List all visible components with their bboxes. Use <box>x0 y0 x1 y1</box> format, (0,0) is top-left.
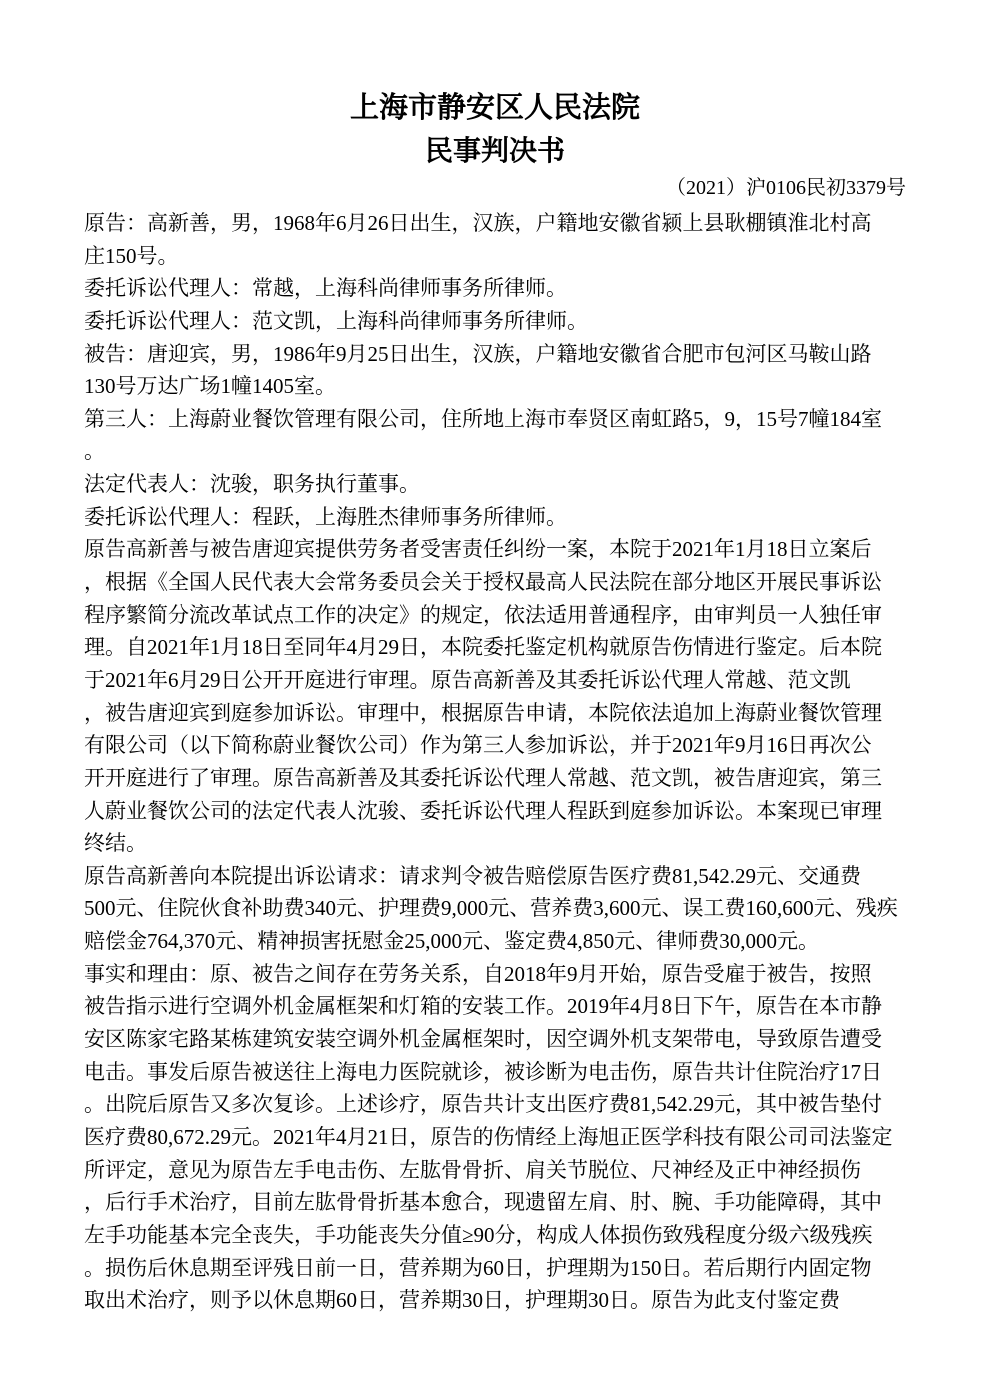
text-line: 赔偿金764,370元、精神损害抚慰金25,000元、鉴定费4,850元、律师费… <box>84 925 906 958</box>
text-line: 事实和理由：原、被告之间存在劳务关系，自2018年9月开始，原告受雇于被告，按照 <box>84 958 906 991</box>
text-line: 第三人：上海蔚业餐饮管理有限公司，住所地上海市奉贤区南虹路5，9，15号7幢18… <box>84 403 906 436</box>
document-body: 原告：高新善，男，1968年6月26日出生，汉族，户籍地安徽省颍上县耿棚镇淮北村… <box>84 207 906 1317</box>
text-line: 被告指示进行空调外机金属框架和灯箱的安装工作。2019年4月8日下午，原告在本市… <box>84 990 906 1023</box>
case-number: （2021）沪0106民初3379号 <box>84 178 906 199</box>
text-line: 于2021年6月29日公开开庭进行审理。原告高新善及其委托诉讼代理人常越、范文凯 <box>84 664 906 697</box>
text-line: 。损伤后休息期至评残日前一日，营养期为60日，护理期为150日。若后期行内固定物 <box>84 1252 906 1285</box>
text-line: 终结。 <box>84 827 906 860</box>
document-type-title: 民事判决书 <box>84 137 906 166</box>
text-line: 庄150号。 <box>84 240 906 273</box>
text-line: 。 <box>84 435 906 468</box>
text-line: 130号万达广场1幢1405室。 <box>84 370 906 403</box>
text-line: 委托诉讼代理人：范文凯，上海科尚律师事务所律师。 <box>84 305 906 338</box>
judgment-document-page: 上海市静安区人民法院 民事判决书 （2021）沪0106民初3379号 原告：高… <box>0 0 981 1383</box>
text-line: 电击。事发后原告被送往上海电力医院就诊，被诊断为电击伤，原告共计住院治疗17日 <box>84 1056 906 1089</box>
text-line: 原告：高新善，男，1968年6月26日出生，汉族，户籍地安徽省颍上县耿棚镇淮北村… <box>84 207 906 240</box>
text-line: 医疗费80,672.29元。2021年4月21日，原告的伤情经上海旭正医学科技有… <box>84 1121 906 1154</box>
text-line: 理。自2021年1月18日至同年4月29日，本院委托鉴定机构就原告伤情进行鉴定。… <box>84 631 906 664</box>
text-line: 所评定，意见为原告左手电击伤、左肱骨骨折、肩关节脱位、尺神经及正中神经损伤 <box>84 1154 906 1187</box>
text-line: 被告：唐迎宾，男，1986年9月25日出生，汉族，户籍地安徽省合肥市包河区马鞍山… <box>84 338 906 371</box>
text-line: ，后行手术治疗，目前左肱骨骨折基本愈合，现遗留左肩、肘、腕、手功能障碍，其中 <box>84 1186 906 1219</box>
text-line: 法定代表人：沈骏，职务执行董事。 <box>84 468 906 501</box>
text-line: 委托诉讼代理人：程跃，上海胜杰律师事务所律师。 <box>84 501 906 534</box>
text-line: 安区陈家宅路某栋建筑安装空调外机金属框架时，因空调外机支架带电，导致原告遭受 <box>84 1023 906 1056</box>
text-line: 左手功能基本完全丧失，手功能丧失分值≥90分，构成人体损伤致残程度分级六级残疾 <box>84 1219 906 1252</box>
document-content: 上海市静安区人民法院 民事判决书 （2021）沪0106民初3379号 原告：高… <box>84 0 906 1317</box>
text-line: ，根据《全国人民代表大会常务委员会关于授权最高人民法院在部分地区开展民事诉讼 <box>84 566 906 599</box>
text-line: ，被告唐迎宾到庭参加诉讼。审理中，根据原告申请，本院依法追加上海蔚业餐饮管理 <box>84 697 906 730</box>
text-line: 原告高新善向本院提出诉讼请求：请求判令被告赔偿原告医疗费81,542.29元、交… <box>84 860 906 893</box>
text-line: 开开庭进行了审理。原告高新善及其委托诉讼代理人常越、范文凯，被告唐迎宾，第三 <box>84 762 906 795</box>
text-line: 人蔚业餐饮公司的法定代表人沈骏、委托诉讼代理人程跃到庭参加诉讼。本案现已审理 <box>84 795 906 828</box>
text-line: 取出术治疗，则予以休息期60日，营养期30日，护理期30日。原告为此支付鉴定费 <box>84 1284 906 1317</box>
court-name-title: 上海市静安区人民法院 <box>84 93 906 123</box>
text-line: 。出院后原告又多次复诊。上述诊疗，原告共计支出医疗费81,542.29元，其中被… <box>84 1088 906 1121</box>
text-line: 500元、住院伙食补助费340元、护理费9,000元、营养费3,600元、误工费… <box>84 892 906 925</box>
text-line: 有限公司（以下简称蔚业餐饮公司）作为第三人参加诉讼，并于2021年9月16日再次… <box>84 729 906 762</box>
text-line: 原告高新善与被告唐迎宾提供劳务者受害责任纠纷一案，本院于2021年1月18日立案… <box>84 533 906 566</box>
text-line: 委托诉讼代理人：常越，上海科尚律师事务所律师。 <box>84 272 906 305</box>
text-line: 程序繁简分流改革试点工作的决定》的规定，依法适用普通程序，由审判员一人独任审 <box>84 599 906 632</box>
